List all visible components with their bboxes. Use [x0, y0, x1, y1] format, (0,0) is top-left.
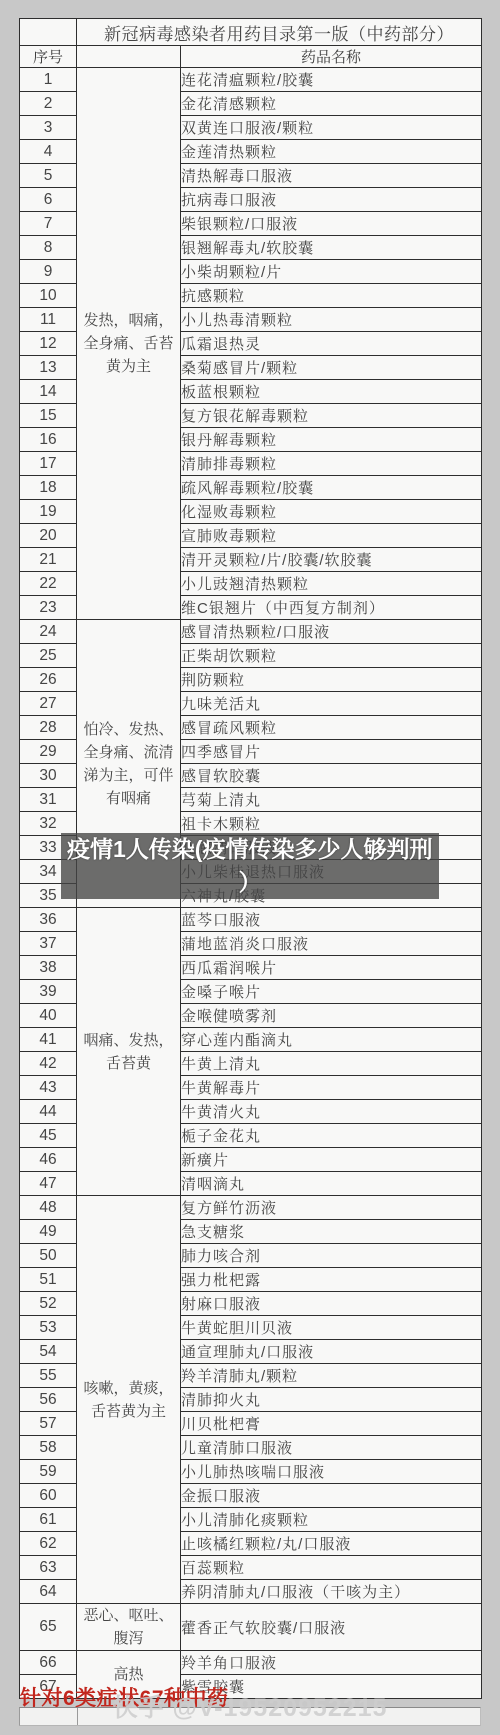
serial-number-cell: 55 — [20, 1364, 77, 1388]
drug-name-cell: 感冒清热颗粒/口服液 — [181, 620, 482, 644]
drug-name-cell: 羚羊清肺丸/颗粒 — [181, 1364, 482, 1388]
drug-name-cell: 瓜霜退热灵 — [181, 332, 482, 356]
drug-name-cell: 羚羊角口服液 — [181, 1651, 482, 1675]
drug-name-cell: 新癀片 — [181, 1148, 482, 1172]
drug-name-cell: 清开灵颗粒/片/胶囊/软胶囊 — [181, 548, 482, 572]
table-header-row: 序号 药品名称 — [20, 46, 482, 68]
drug-name-cell: 小儿清肺化痰颗粒 — [181, 1508, 482, 1532]
serial-number-cell: 49 — [20, 1220, 77, 1244]
symptom-group-cell: 恶心、呕吐、腹泻 — [77, 1604, 181, 1651]
serial-number-cell: 14 — [20, 380, 77, 404]
serial-number-cell: 8 — [20, 236, 77, 260]
serial-number-cell: 19 — [20, 500, 77, 524]
page-title: 新冠病毒感染者用药目录第一版（中药部分） — [77, 19, 482, 46]
drug-name-cell: 化湿败毒颗粒 — [181, 500, 482, 524]
serial-number-cell: 57 — [20, 1412, 77, 1436]
serial-number-cell: 4 — [20, 140, 77, 164]
serial-number-cell: 63 — [20, 1556, 77, 1580]
drug-name-cell: 芎菊上清丸 — [181, 788, 482, 812]
drug-name-cell: 蓝芩口服液 — [181, 908, 482, 932]
serial-number-cell: 28 — [20, 716, 77, 740]
serial-number-cell: 32 — [20, 812, 77, 836]
screenshot-page: 新冠病毒感染者用药目录第一版（中药部分） 序号 药品名称 1发热，咽痛，全身痛、… — [0, 0, 500, 1735]
serial-number-cell: 53 — [20, 1316, 77, 1340]
serial-number-cell: 54 — [20, 1340, 77, 1364]
table-row: 36咽痛、发热，舌苔黄蓝芩口服液 — [20, 908, 482, 932]
serial-number-cell: 52 — [20, 1292, 77, 1316]
serial-number-cell: 61 — [20, 1508, 77, 1532]
serial-number-cell: 23 — [20, 596, 77, 620]
serial-number-cell: 7 — [20, 212, 77, 236]
serial-number-cell: 45 — [20, 1124, 77, 1148]
serial-number-cell: 16 — [20, 428, 77, 452]
drug-name-cell: 金喉健喷雾剂 — [181, 1004, 482, 1028]
serial-number-cell: 62 — [20, 1532, 77, 1556]
drug-name-cell: 金振口服液 — [181, 1484, 482, 1508]
serial-number-cell: 26 — [20, 668, 77, 692]
drug-name-cell: 川贝枇杷膏 — [181, 1412, 482, 1436]
table-row: 48咳嗽，黄痰，舌苔黄为主复方鲜竹沥液 — [20, 1196, 482, 1220]
serial-number-cell: 41 — [20, 1028, 77, 1052]
drug-name-cell: 祖卡木颗粒 — [181, 812, 482, 836]
serial-number-cell: 66 — [20, 1651, 77, 1675]
serial-number-cell: 60 — [20, 1484, 77, 1508]
serial-number-cell: 18 — [20, 476, 77, 500]
serial-number-cell: 56 — [20, 1388, 77, 1412]
drug-name-cell: 清热解毒口服液 — [181, 164, 482, 188]
serial-number-cell: 44 — [20, 1100, 77, 1124]
serial-number-cell: 3 — [20, 116, 77, 140]
drug-name-cell: 正柴胡饮颗粒 — [181, 644, 482, 668]
serial-number-cell: 59 — [20, 1460, 77, 1484]
drug-name-cell: 强力枇杷露 — [181, 1268, 482, 1292]
overlay-caption-line1: 疫情1人传染(疫情传染多少人够判刑 — [67, 833, 439, 866]
drug-name-cell: 感冒软胶囊 — [181, 764, 482, 788]
serial-number-cell: 51 — [20, 1268, 77, 1292]
serial-number-cell: 20 — [20, 524, 77, 548]
drug-name-cell: 四季感冒片 — [181, 740, 482, 764]
drug-name-cell: 牛黄蛇胆川贝液 — [181, 1316, 482, 1340]
drug-name-cell: 宣肺败毒颗粒 — [181, 524, 482, 548]
drug-name-cell: 抗感颗粒 — [181, 284, 482, 308]
drug-name-cell: 牛黄解毒片 — [181, 1076, 482, 1100]
drug-name-cell: 复方鲜竹沥液 — [181, 1196, 482, 1220]
serial-number-cell: 24 — [20, 620, 77, 644]
title-corner-cell — [20, 19, 77, 46]
drug-name-cell: 桑菊感冒片/颗粒 — [181, 356, 482, 380]
serial-number-cell: 15 — [20, 404, 77, 428]
serial-number-cell: 38 — [20, 956, 77, 980]
drug-name-cell: 小柴胡颗粒/片 — [181, 260, 482, 284]
serial-number-cell: 36 — [20, 908, 77, 932]
serial-number-cell: 65 — [20, 1604, 77, 1651]
drug-name-cell: 穿心莲内酯滴丸 — [181, 1028, 482, 1052]
table-row: 65恶心、呕吐、腹泻藿香正气软胶囊/口服液 — [20, 1604, 482, 1651]
drug-name-cell: 柴银颗粒/口服液 — [181, 212, 482, 236]
serial-number-cell: 5 — [20, 164, 77, 188]
drug-name-cell: 清咽滴丸 — [181, 1172, 482, 1196]
serial-number-cell: 40 — [20, 1004, 77, 1028]
serial-number-cell: 29 — [20, 740, 77, 764]
table-title-row: 新冠病毒感染者用药目录第一版（中药部分） — [20, 19, 482, 46]
serial-number-cell: 31 — [20, 788, 77, 812]
serial-number-cell: 9 — [20, 260, 77, 284]
drug-name-cell: 小儿热毒清颗粒 — [181, 308, 482, 332]
drug-name-cell: 板蓝根颗粒 — [181, 380, 482, 404]
serial-number-cell: 27 — [20, 692, 77, 716]
drug-name-cell: 金莲清热颗粒 — [181, 140, 482, 164]
column-header-drug: 药品名称 — [181, 46, 482, 68]
serial-number-cell: 64 — [20, 1580, 77, 1604]
drug-name-cell: 清肺抑火丸 — [181, 1388, 482, 1412]
drug-name-cell: 金嗓子喉片 — [181, 980, 482, 1004]
drug-name-cell: 疏风解毒颗粒/胶囊 — [181, 476, 482, 500]
serial-number-cell: 1 — [20, 68, 77, 92]
drug-name-cell: 养阴清肺丸/口服液（干咳为主） — [181, 1580, 482, 1604]
drug-name-cell: 通宣理肺丸/口服液 — [181, 1340, 482, 1364]
table-row: 1发热，咽痛，全身痛、舌苔黄为主连花清瘟颗粒/胶囊 — [20, 68, 482, 92]
serial-number-cell: 13 — [20, 356, 77, 380]
drug-name-cell: 射麻口服液 — [181, 1292, 482, 1316]
drug-name-cell: 荆防颗粒 — [181, 668, 482, 692]
serial-number-cell: 30 — [20, 764, 77, 788]
drug-name-cell: 金花清感颗粒 — [181, 92, 482, 116]
overlay-caption: 疫情1人传染(疫情传染多少人够判刑 ） — [61, 833, 439, 899]
serial-number-cell: 47 — [20, 1172, 77, 1196]
drug-name-cell: 藿香正气软胶囊/口服液 — [181, 1604, 482, 1651]
serial-number-cell: 10 — [20, 284, 77, 308]
drug-name-cell: 清肺排毒颗粒 — [181, 452, 482, 476]
serial-number-cell: 17 — [20, 452, 77, 476]
serial-number-cell: 48 — [20, 1196, 77, 1220]
drug-name-cell: 栀子金花丸 — [181, 1124, 482, 1148]
drug-name-cell: 双黄连口服液/颗粒 — [181, 116, 482, 140]
symptom-group-cell: 发热，咽痛，全身痛、舌苔黄为主 — [77, 68, 181, 620]
symptom-group-cell: 咳嗽，黄痰，舌苔黄为主 — [77, 1196, 181, 1604]
column-header-symptom — [77, 46, 181, 68]
serial-number-cell: 37 — [20, 932, 77, 956]
serial-number-cell: 25 — [20, 644, 77, 668]
drug-name-cell: 小儿肺热咳喘口服液 — [181, 1460, 482, 1484]
drug-name-cell: 抗病毒口服液 — [181, 188, 482, 212]
drug-name-cell: 银丹解毒颗粒 — [181, 428, 482, 452]
drug-name-cell: 百蕊颗粒 — [181, 1556, 482, 1580]
drug-name-cell: 西瓜霜润喉片 — [181, 956, 482, 980]
serial-number-cell: 50 — [20, 1244, 77, 1268]
drug-name-cell: 蒲地蓝消炎口服液 — [181, 932, 482, 956]
drug-name-cell: 复方银花解毒颗粒 — [181, 404, 482, 428]
serial-number-cell: 21 — [20, 548, 77, 572]
serial-number-cell: 46 — [20, 1148, 77, 1172]
drug-name-cell: 维C银翘片（中西复方制剂） — [181, 596, 482, 620]
symptom-group-cell: 咽痛、发热，舌苔黄 — [77, 908, 181, 1196]
drug-name-cell: 儿童清肺口服液 — [181, 1436, 482, 1460]
drug-name-cell: 连花清瘟颗粒/胶囊 — [181, 68, 482, 92]
serial-number-cell: 6 — [20, 188, 77, 212]
drug-name-cell: 牛黄清火丸 — [181, 1100, 482, 1124]
drug-name-cell: 肺力咳合剂 — [181, 1244, 482, 1268]
drug-name-cell: 急支糖浆 — [181, 1220, 482, 1244]
serial-number-cell: 2 — [20, 92, 77, 116]
overlay-caption-line2: ） — [67, 866, 439, 899]
kuaishou-watermark: 快手 @V-19520952215 — [0, 1688, 500, 1724]
serial-number-cell: 43 — [20, 1076, 77, 1100]
serial-number-cell: 12 — [20, 332, 77, 356]
table-row: 24怕冷、发热、全身痛、流清涕为主，可伴有咽痛感冒清热颗粒/口服液 — [20, 620, 482, 644]
serial-number-cell: 22 — [20, 572, 77, 596]
drug-name-cell: 牛黄上清丸 — [181, 1052, 482, 1076]
drug-name-cell: 止咳橘红颗粒/丸/口服液 — [181, 1532, 482, 1556]
serial-number-cell: 58 — [20, 1436, 77, 1460]
drug-name-cell: 小儿豉翘清热颗粒 — [181, 572, 482, 596]
column-header-serial: 序号 — [20, 46, 77, 68]
serial-number-cell: 42 — [20, 1052, 77, 1076]
drug-name-cell: 感冒疏风颗粒 — [181, 716, 482, 740]
drug-name-cell: 九味羌活丸 — [181, 692, 482, 716]
table-row: 66高热羚羊角口服液 — [20, 1651, 482, 1675]
drug-name-cell: 银翘解毒丸/软胶囊 — [181, 236, 482, 260]
serial-number-cell: 11 — [20, 308, 77, 332]
serial-number-cell: 39 — [20, 980, 77, 1004]
